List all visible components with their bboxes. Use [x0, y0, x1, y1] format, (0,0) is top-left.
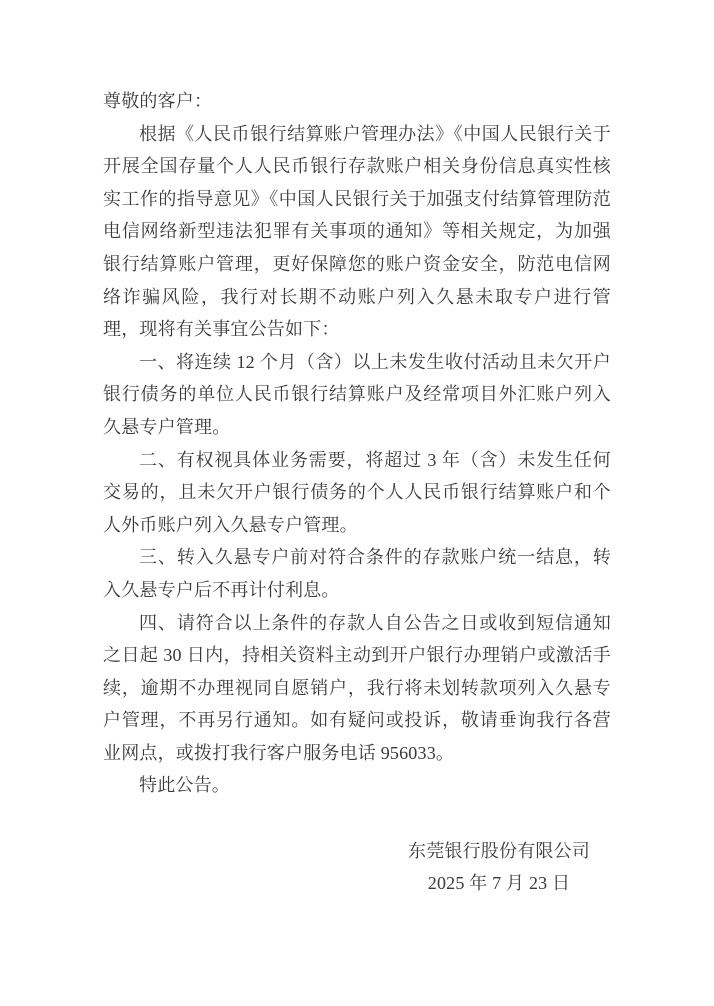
signature-date: 2025 年 7 月 23 日: [401, 867, 597, 900]
paragraph-item-2: 二、有权视具体业务需要，将超过 3 年（含）未发生任何交易的，且未欠开户银行债务…: [103, 444, 611, 542]
paragraph-intro: 根据《人民币银行结算账户管理办法》《中国人民银行关于开展全国存量个人人民币银行存…: [103, 118, 611, 346]
paragraph-item-3: 三、转入久悬专户前对符合条件的存款账户统一结息，转入久悬专户后不再计付利息。: [103, 541, 611, 606]
notice-body: 尊敬的客户： 根据《人民币银行结算账户管理办法》《中国人民银行关于开展全国存量个…: [103, 85, 611, 900]
document-page: 尊敬的客户： 根据《人民币银行结算账户管理办法》《中国人民银行关于开展全国存量个…: [0, 0, 714, 1006]
paragraph-item-1: 一、将连续 12 个月（含）以上未发生收付活动且未欠开户银行债务的单位人民币银行…: [103, 346, 611, 444]
salutation: 尊敬的客户：: [103, 85, 611, 118]
paragraph-item-4: 四、请符合以上条件的存款人自公告之日或收到短信通知之日起 30 日内，持相关资料…: [103, 607, 611, 770]
closing-statement: 特此公告。: [103, 769, 611, 802]
signature-block: 东莞银行股份有限公司 2025 年 7 月 23 日: [401, 835, 597, 900]
signature-company: 东莞银行股份有限公司: [401, 835, 597, 868]
